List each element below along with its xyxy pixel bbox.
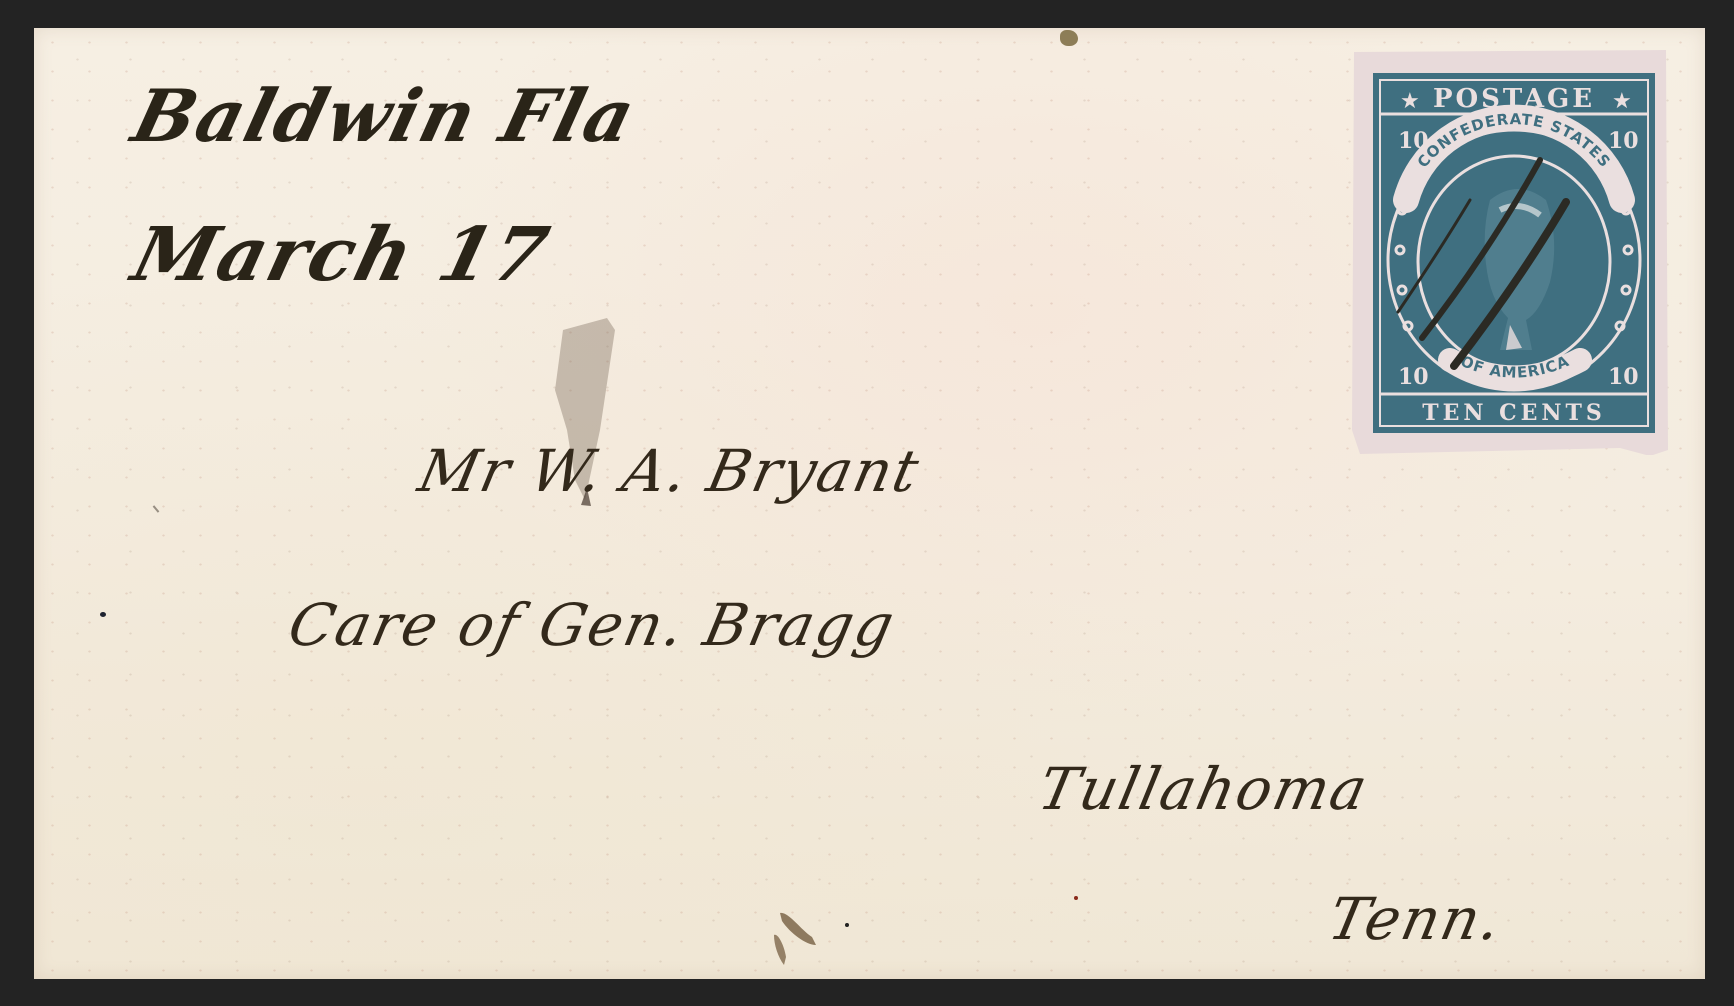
svg-text:★: ★: [1612, 89, 1632, 114]
date-notation: March 17: [126, 218, 557, 292]
city-line: Tullahoma: [1034, 760, 1374, 818]
care-of-line: Care of Gen. Bragg: [284, 596, 901, 654]
ink-dot: [100, 612, 106, 617]
postage-stamp: ★ ★ POSTAGE TEN CENTS 10 10 10 10 CONFED…: [1350, 50, 1670, 455]
stamp-bottom-label: TEN CENTS: [1422, 400, 1606, 426]
stamp-artwork: ★ ★ POSTAGE TEN CENTS 10 10 10 10 CONFED…: [1350, 50, 1670, 455]
addressee-name: Mr W. A. Bryant: [414, 442, 925, 500]
origin-town-notation: Baldwin Fla: [126, 80, 643, 152]
state-line: Tenn.: [1324, 890, 1508, 948]
ink-stain: [1060, 30, 1078, 46]
stamp-value-br: 10: [1608, 364, 1639, 390]
stamp-value-tr: 10: [1608, 128, 1639, 154]
red-dot: [1074, 896, 1078, 900]
smudge-marks: [770, 905, 850, 975]
image-stage: Baldwin Fla March 17 Mr W. A. Bryant Car…: [0, 0, 1734, 1006]
svg-text:★: ★: [1400, 89, 1420, 114]
stamp-value-bl: 10: [1398, 364, 1429, 390]
